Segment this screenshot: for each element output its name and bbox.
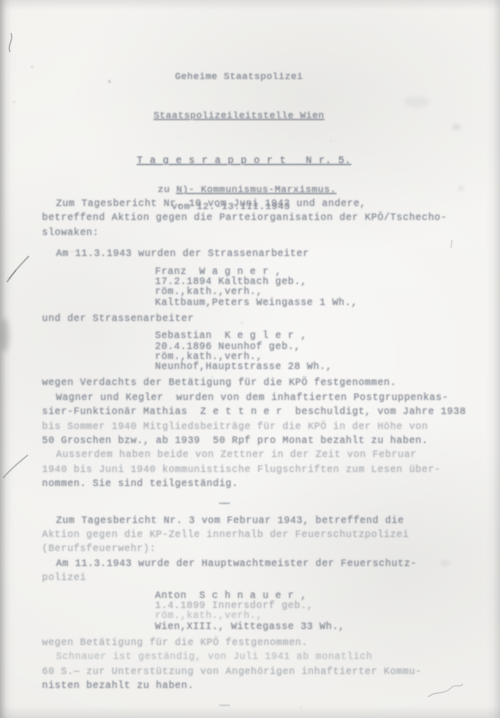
text-line: 1940 bis Juni 1940 kommunistische Flugsc… [42, 463, 466, 477]
person-address: Wien,XIII., Wittegasse 33 Wh., [155, 622, 466, 632]
text-line: wegen Betätigung für die KPÖ festgenomme… [42, 636, 466, 650]
person-record: Franz W a g n e r , 17.2.1894 Kaltbach g… [155, 267, 466, 308]
text-line: nommen. Sie sind teilgeständig. [42, 477, 466, 491]
text-line: slowaken: [42, 226, 466, 240]
pen-checkmark-left-1 [7, 256, 29, 282]
text-line: sier-Funktionär Mathias Z e t t n e r be… [42, 405, 466, 419]
scan-edge-smudge [0, 318, 9, 352]
section-prefix: zu [158, 184, 176, 195]
text-line: nisten bezahlt zu haben. [42, 679, 466, 693]
person-status: röm.,kath.,verh., [155, 611, 466, 621]
letterhead-unit: Staatspolizeileitstelle Wien [0, 109, 478, 122]
text-line: Zum Tagesbericht Nr. 10 vom Juni 1942 un… [42, 197, 466, 211]
text-line: 50 Groschen bzw., ab 1939 50 Rpf pro Mon… [42, 434, 466, 448]
text-line: polizei [42, 571, 466, 585]
text-line: betreffend Aktion gegen die Parteiorgani… [42, 211, 466, 225]
letterhead-office: Geheime Staatspolizei [0, 70, 478, 83]
text-line: Zum Tagesbericht Nr. 3 vom Februar 1943,… [42, 514, 466, 528]
section-heading-text: N)- Kommunismus-Marxismus. [176, 184, 336, 195]
text-line: Wagner und Kegler wurden von dem inhafti… [42, 391, 466, 405]
text-line: bis Sommer 1940 Mitgliedsbeiträge für di… [42, 420, 466, 434]
text-line: und der Strassenarbeiter [42, 312, 466, 326]
section-separator: —— [42, 700, 466, 712]
report-body: Zum Tagesbericht Nr. 10 vom Juni 1942 un… [42, 197, 466, 716]
report-title: T a g e s r a p p o r t N r. 5. [0, 154, 488, 169]
text-line: (Berufsfeuerwehr): [42, 542, 466, 556]
text-line: wegen Verdachts der Betätigung für die K… [42, 376, 466, 390]
person-address: Kaltbaum,Peters Weingasse 1 Wh., [155, 298, 466, 308]
person-address: Neunhof,Hauptstrasse 28 Wh., [155, 362, 466, 372]
section-separator: —— [42, 498, 466, 510]
text-line: Aktion gegen die KP-Zelle innerhalb der … [42, 528, 466, 542]
scan-edge-shadow-top [0, 0, 500, 10]
person-record: Anton S c h n a u e r , 1.4.1899 Innersd… [155, 591, 466, 632]
person-record: Sebastian K e g l e r , 20.4.1896 Neunho… [155, 331, 466, 372]
section-heading: zu N)- Kommunismus-Marxismus. [0, 184, 494, 195]
text-line: Am 11.3.1943 wurden der Strassenarbeiter [42, 247, 466, 261]
scan-edge-shadow-right [486, 0, 500, 718]
pen-checkmark-left-2 [3, 455, 28, 478]
text-line: Am 11.3.1943 wurde der Hauptwachtmeister… [42, 557, 466, 571]
text-line: Ausserdem haben beide von Zettner in der… [42, 448, 466, 462]
pen-checkmark-left-1b [9, 270, 16, 279]
person-name: Sebastian K e g l e r , [155, 331, 466, 341]
person-status: röm.,kath.,verh., [155, 287, 466, 297]
text-line: 60 S.— zur Unterstützung von Angehörigen… [42, 665, 466, 679]
scanned-document-page: Geheime Staatspolizei Staatspolizeileits… [0, 0, 500, 718]
text-line: Schnauer ist geständig, von Juli 1941 ab… [42, 650, 466, 664]
